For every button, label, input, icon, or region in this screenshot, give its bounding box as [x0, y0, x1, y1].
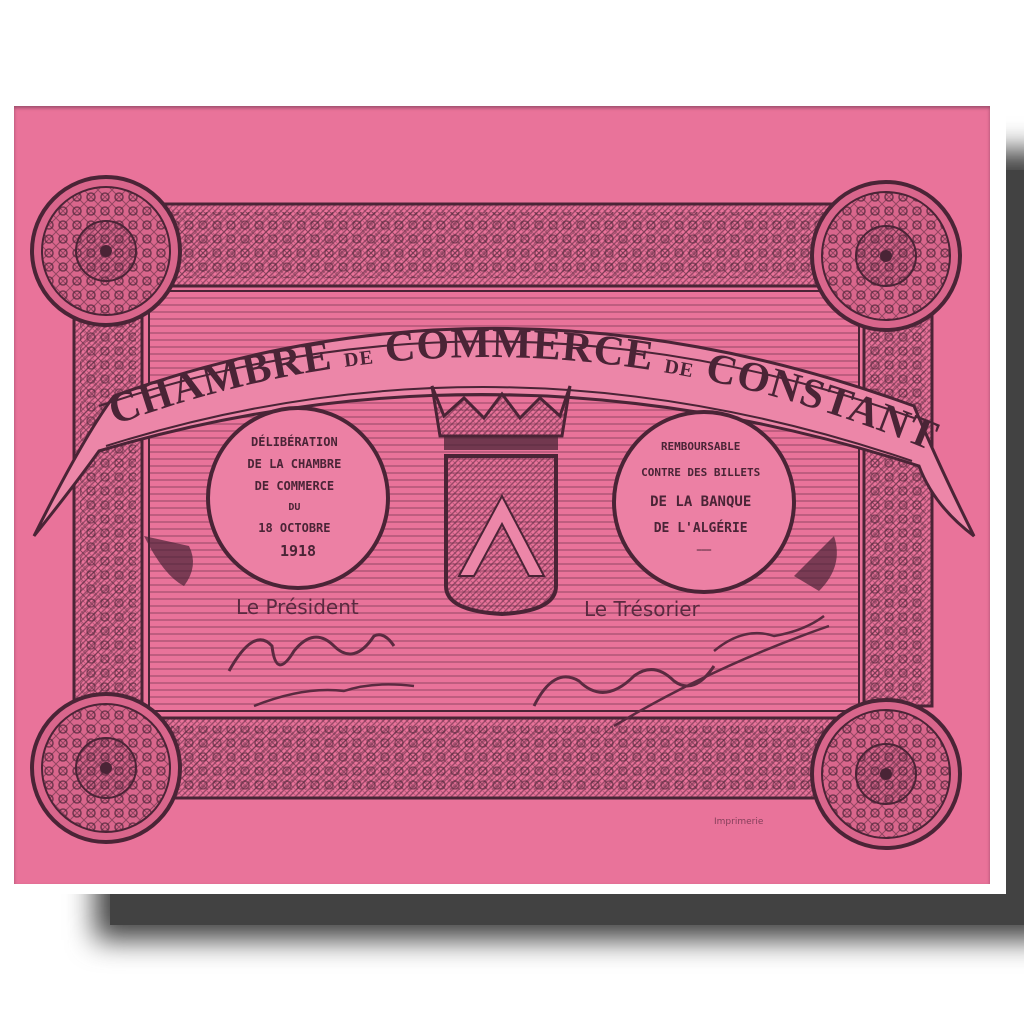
corner-rosette-top-left	[32, 177, 180, 325]
banknote: CHAMBRE DE COMMERCE DE CONSTANTINE DÉLIB…	[14, 106, 990, 884]
corner-rosette-top-right	[812, 182, 960, 330]
corner-rosette-bottom-right	[812, 700, 960, 848]
banknote-artwork: CHAMBRE DE COMMERCE DE CONSTANTINE DÉLIB…	[14, 106, 990, 884]
coat-of-arms	[432, 386, 570, 614]
corner-rosette-bottom-left	[32, 694, 180, 842]
treasurer-label: Le Trésorier	[584, 597, 701, 621]
printer-mark: Imprimerie	[714, 817, 764, 827]
right-seal: REMBOURSABLE CONTRE DES BILLETS DE LA BA…	[614, 412, 794, 592]
left-seal: DÉLIBÉRATION DE LA CHAMBRE DE COMMERCE D…	[208, 408, 388, 588]
president-label: Le Président	[236, 595, 359, 619]
